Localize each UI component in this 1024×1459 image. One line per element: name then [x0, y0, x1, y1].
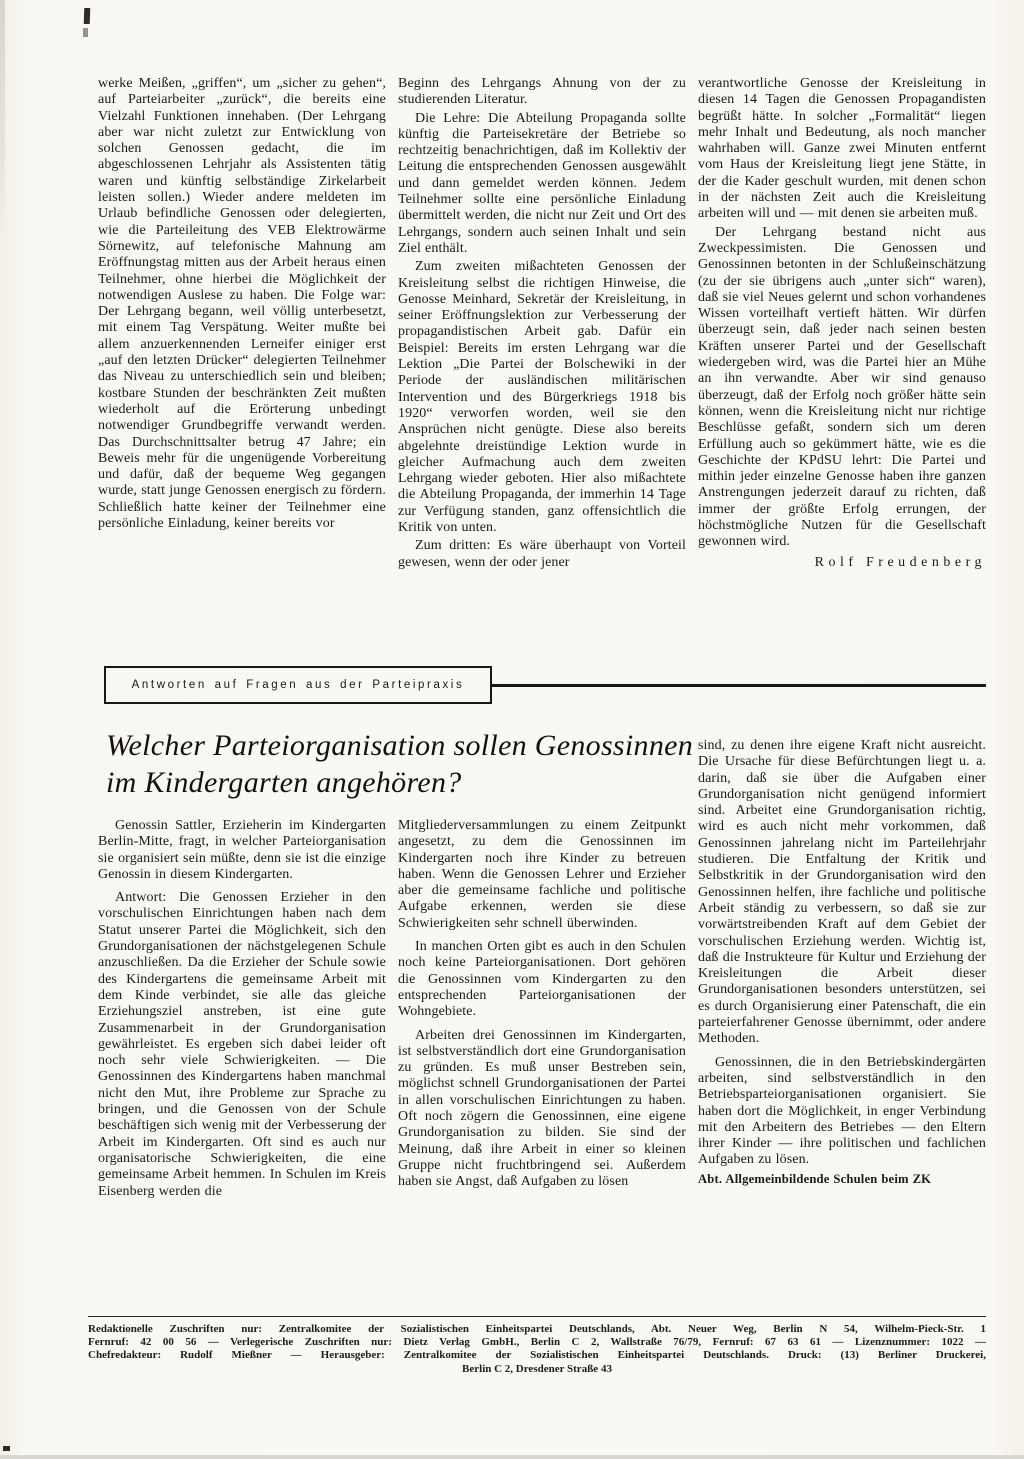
imprint-line-2: Fernruf: 42 00 56 — Verlegerische Zuschr…	[88, 1336, 986, 1349]
scan-speck	[83, 28, 88, 37]
signature-wrap: Abt. Allgemeinbildende Schulen beim ZK	[698, 1171, 986, 1187]
author-byline: Rolf Freudenberg	[698, 555, 986, 571]
scan-edge-smudge	[0, 0, 5, 240]
article2-title-line1: Welcher Parteiorganisation sollen Genoss…	[106, 729, 693, 762]
article1-column-1: werke Meißen, „griffen“, um „sicher zu g…	[98, 76, 386, 571]
paragraph: Beginn des Lehrgangs Ahnung von der zu s…	[398, 76, 686, 109]
article2-column-1: Genossin Sattler, Erzieherin im Kinderga…	[98, 818, 386, 1200]
imprint-footer: Redaktionelle Zuschriften nur: Zentralko…	[88, 1323, 986, 1376]
article-kindergarten-right: sind, zu denen ihre eigene Kraft nicht a…	[698, 738, 986, 1187]
paragraph: In manchen Orten gibt es auch in den Sch…	[398, 939, 686, 1020]
section-banner-label: Antworten auf Fragen aus der Parteipraxi…	[132, 679, 465, 691]
magazine-page: werke Meißen, „griffen“, um „sicher zu g…	[0, 0, 1024, 1459]
paragraph: werke Meißen, „griffen“, um „sicher zu g…	[98, 76, 386, 532]
article1-column-2: Beginn des Lehrgangs Ahnung von der zu s…	[398, 76, 686, 571]
footer-rule-line	[88, 1316, 986, 1317]
article2-title-line2: im Kindergarten angehören?	[106, 766, 462, 799]
imprint-line-4: Berlin C 2, Dresdener Straße 43	[88, 1363, 986, 1376]
paragraph: Genossin Sattler, Erzieherin im Kinderga…	[98, 818, 386, 883]
imprint-line-1: Redaktionelle Zuschriften nur: Zentralko…	[88, 1323, 986, 1336]
paragraph: verantwortliche Genosse der Kreisleitung…	[698, 76, 986, 223]
paragraph: Zum zweiten mißachteten Genossen der Kre…	[398, 259, 686, 536]
paragraph: Der Lehrgang bestand nicht aus Zweckpess…	[698, 225, 986, 551]
paragraph: Mitgliederversammlungen zu einem Zeitpun…	[398, 818, 686, 932]
article2-title: Welcher Parteiorganisation sollen Genoss…	[106, 727, 706, 801]
paragraph: Antwort: Die Genossen Erzieher in den vo…	[98, 890, 386, 1200]
article1-column-3-text: verantwortliche Genosse der Kreisleitung…	[698, 76, 986, 551]
paragraph: Arbeiten drei Genossinnen im Kindergarte…	[398, 1028, 686, 1191]
scan-speck	[84, 8, 91, 24]
scan-bottom-edge	[0, 1455, 1024, 1459]
article-parteilehrgang: werke Meißen, „griffen“, um „sicher zu g…	[98, 76, 986, 571]
imprint-line-3: Chefredakteur: Rudolf Mießner — Herausge…	[88, 1349, 986, 1362]
banner-rule-line	[492, 684, 986, 687]
paragraph: Zum dritten: Es wäre überhaupt von Vorte…	[398, 538, 686, 571]
scan-speck	[3, 1446, 10, 1451]
paragraph: Die Lehre: Die Abteilung Propaganda soll…	[398, 111, 686, 258]
article2-column-2: Mitgliederversammlungen zu einem Zeitpun…	[398, 818, 686, 1200]
article2-column-3: sind, zu denen ihre eigene Kraft nicht a…	[698, 738, 986, 1169]
section-banner: Antworten auf Fragen aus der Parteipraxi…	[104, 666, 492, 704]
paragraph: Genossinnen, die in den Betriebskindergä…	[698, 1055, 986, 1169]
signature-line: Abt. Allgemeinbildende Schulen beim ZK	[698, 1171, 986, 1187]
article1-column-3: verantwortliche Genosse der Kreisleitung…	[698, 76, 986, 571]
paragraph: sind, zu denen ihre eigene Kraft nicht a…	[698, 738, 986, 1048]
article-kindergarten-left: Genossin Sattler, Erzieherin im Kinderga…	[98, 818, 686, 1200]
